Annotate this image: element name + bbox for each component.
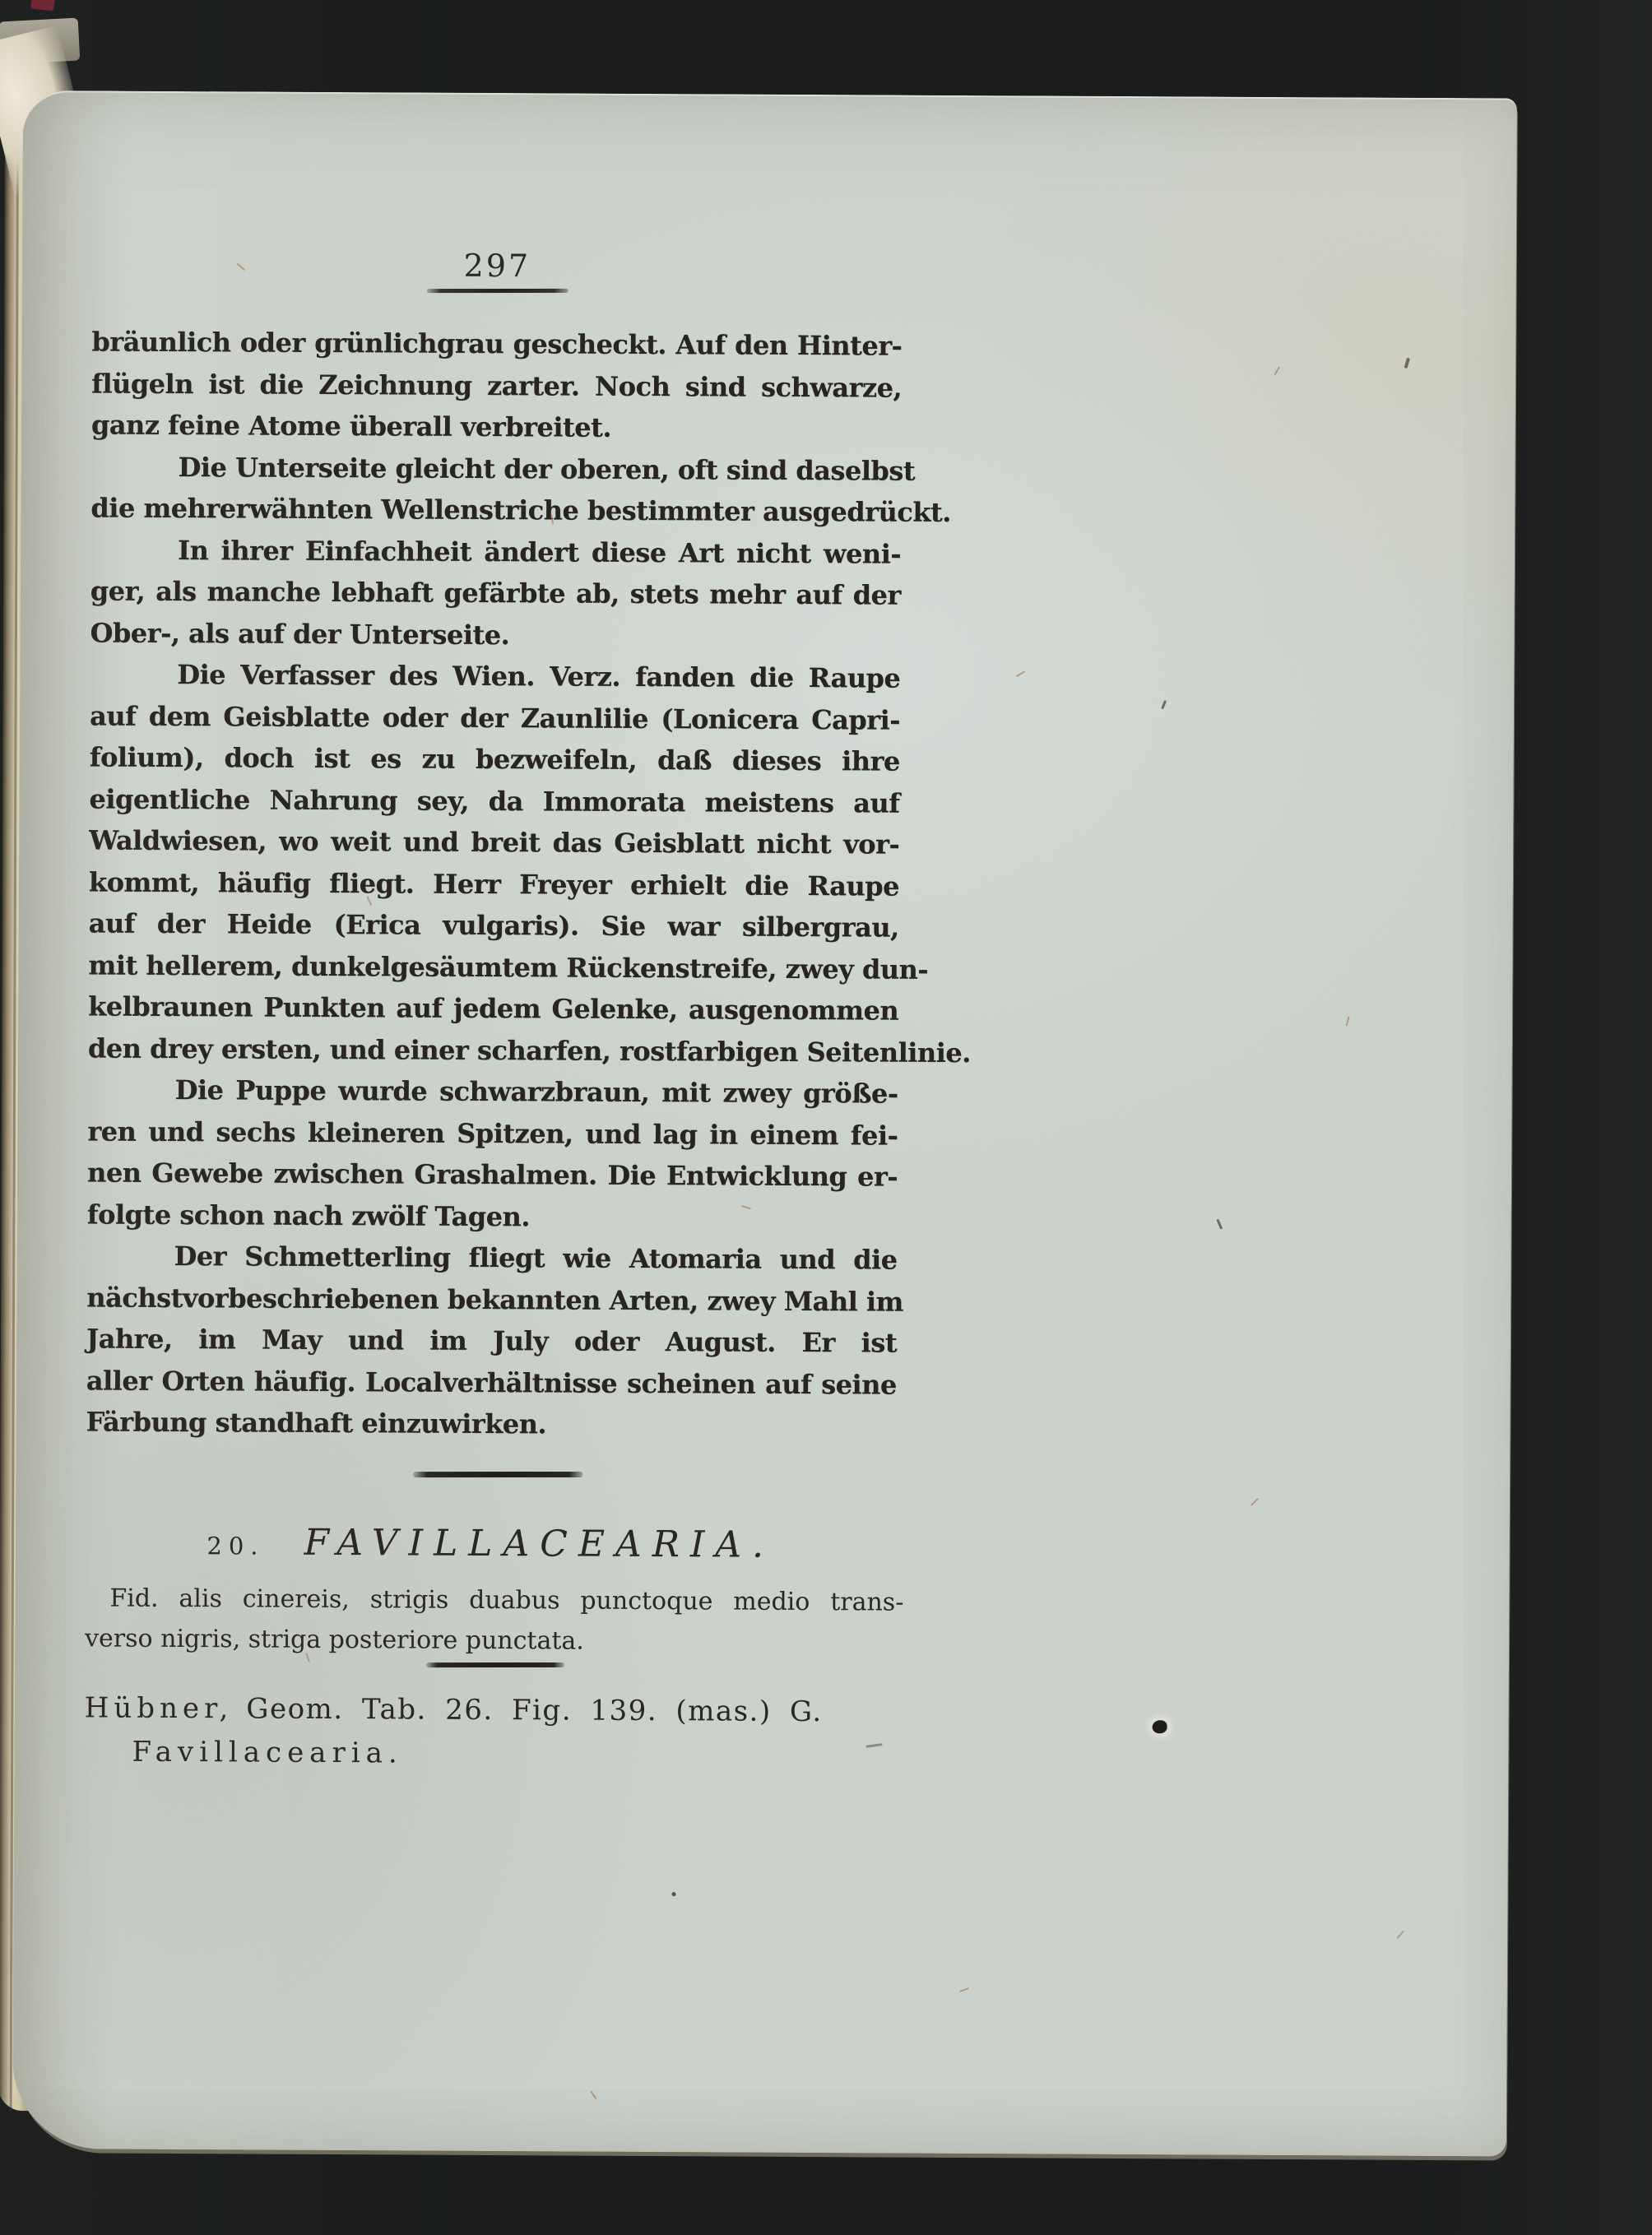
body-text-line: nen Gewebe zwischen Grashalmen. Die Entw…: [87, 1152, 898, 1198]
body-text-line: bräunlich oder grünlichgrau gescheckt. A…: [91, 321, 902, 367]
body-text-line: Die Verfasser des Wien. Verz. fanden die…: [90, 653, 900, 699]
citation: Hübner, Geom. Tab. 26. Fig. 139. (mas.) …: [84, 1691, 915, 1772]
species-name: FAVILLACEARIA.: [304, 1522, 774, 1566]
section-heading: 20. FAVILLACEARIA.: [86, 1520, 896, 1566]
latin-diagnosis: Fid. alis cinereis, strigis duabus punct…: [85, 1578, 903, 1662]
diagnosis-line: Fid. alis cinereis, strigis duabus punct…: [85, 1578, 903, 1622]
body-text-line: Jahre, im May und im July oder August. E…: [86, 1318, 897, 1364]
paper-fiber: [1346, 1016, 1350, 1026]
body-text-line: die mehrerwähnten Wellenstriche bestimmt…: [90, 487, 901, 533]
body-text-line: ger, als manche lebhaft gefärbte ab, ste…: [90, 570, 901, 616]
book-page: 297 bräunlich oder grünlichgrau gescheck…: [12, 90, 1517, 2156]
citation-line: Hübner, Geom. Tab. 26. Fig. 139. (mas.) …: [85, 1691, 916, 1728]
page-header: 297: [92, 245, 903, 294]
paper-fiber: [959, 1987, 969, 1992]
body-text-line: auf dem Geisblatte oder der Zaunlilie (L…: [90, 695, 900, 741]
body-text-line: flügeln ist die Zeichnung zarter. Noch s…: [91, 363, 902, 409]
body-text-line: folgte schon nach zwölf Tagen.: [87, 1194, 898, 1240]
body-text-line: den drey ersten, und einer scharfen, ros…: [88, 1027, 898, 1073]
citation-reference: Geom. Tab. 26. Fig. 139. (mas.) G.: [246, 1692, 823, 1728]
body-text-line: folium), doch ist es zu bezweifeln, daß …: [90, 736, 900, 782]
body-text-line: auf der Heide (Erica vulgaris). Sie war …: [89, 902, 899, 948]
dust-speck: [672, 1892, 676, 1896]
paper-fiber: [1251, 1498, 1259, 1506]
ink-tick-mark: [1404, 358, 1410, 369]
ink-blot-speck: [1153, 1720, 1167, 1733]
body-text-line: nächstvorbeschriebenen bekannten Arten, …: [86, 1277, 897, 1323]
body-text-line: Der Schmetterling fliegt wie Atomaria un…: [86, 1235, 897, 1281]
paper-fiber: [1274, 366, 1280, 375]
body-text-line: aller Orten häufig. Localverhältnisse sc…: [86, 1360, 897, 1406]
ink-tick-mark: [1161, 700, 1167, 709]
body-text-line: Waldwiesen, wo weit und breit das Geisbl…: [89, 819, 899, 865]
body-text-line: Ober-, als auf der Unterseite.: [90, 612, 900, 658]
citation-species: Favillacearia.: [84, 1735, 915, 1772]
body-text-line: In ihrer Einfachheit ändert diese Art ni…: [90, 529, 901, 575]
body-text-line: ganz feine Atome überall verbreitet.: [91, 404, 902, 450]
citation-divider: [426, 1662, 564, 1667]
body-text-line: ren und sechs kleineren Spitzen, und lag…: [87, 1111, 898, 1157]
body-text-line: mit hellerem, dunkelgesäumtem Rückenstre…: [88, 944, 898, 990]
paper-fiber: [1397, 1931, 1404, 1939]
diagnosis-line: verso nigris, striga posteriore punctata…: [85, 1618, 903, 1662]
paper-fiber: [590, 2090, 596, 2099]
page-number: 297: [92, 245, 903, 285]
paper-fiber: [1016, 671, 1025, 678]
citation-author: Hübner,: [85, 1691, 234, 1725]
ink-tick-mark: [1216, 1219, 1223, 1230]
body-text: bräunlich oder grünlichgrau gescheckt. A…: [86, 321, 902, 1447]
species-number: 20.: [206, 1532, 264, 1560]
body-text-line: eigentliche Nahrung sey, da Immorata mei…: [89, 778, 899, 824]
body-text-line: Färbung standhaft einzuwirken.: [86, 1401, 896, 1447]
binding-red-edge: [30, 0, 55, 12]
body-text-line: Die Puppe wurde schwarzbraun, mit zwey g…: [88, 1069, 898, 1115]
scanned-book-photo: 297 bräunlich oder grünlichgrau gescheck…: [0, 0, 1652, 2235]
body-text-line: Die Unterseite gleicht der oberen, oft s…: [90, 446, 901, 492]
page-number-underline: [426, 289, 568, 293]
body-text-line: kommt, häufig fliegt. Herr Freyer erhiel…: [89, 861, 899, 907]
section-divider: [413, 1472, 582, 1477]
body-text-line: kelbraunen Punkten auf jedem Gelenke, au…: [88, 985, 898, 1032]
